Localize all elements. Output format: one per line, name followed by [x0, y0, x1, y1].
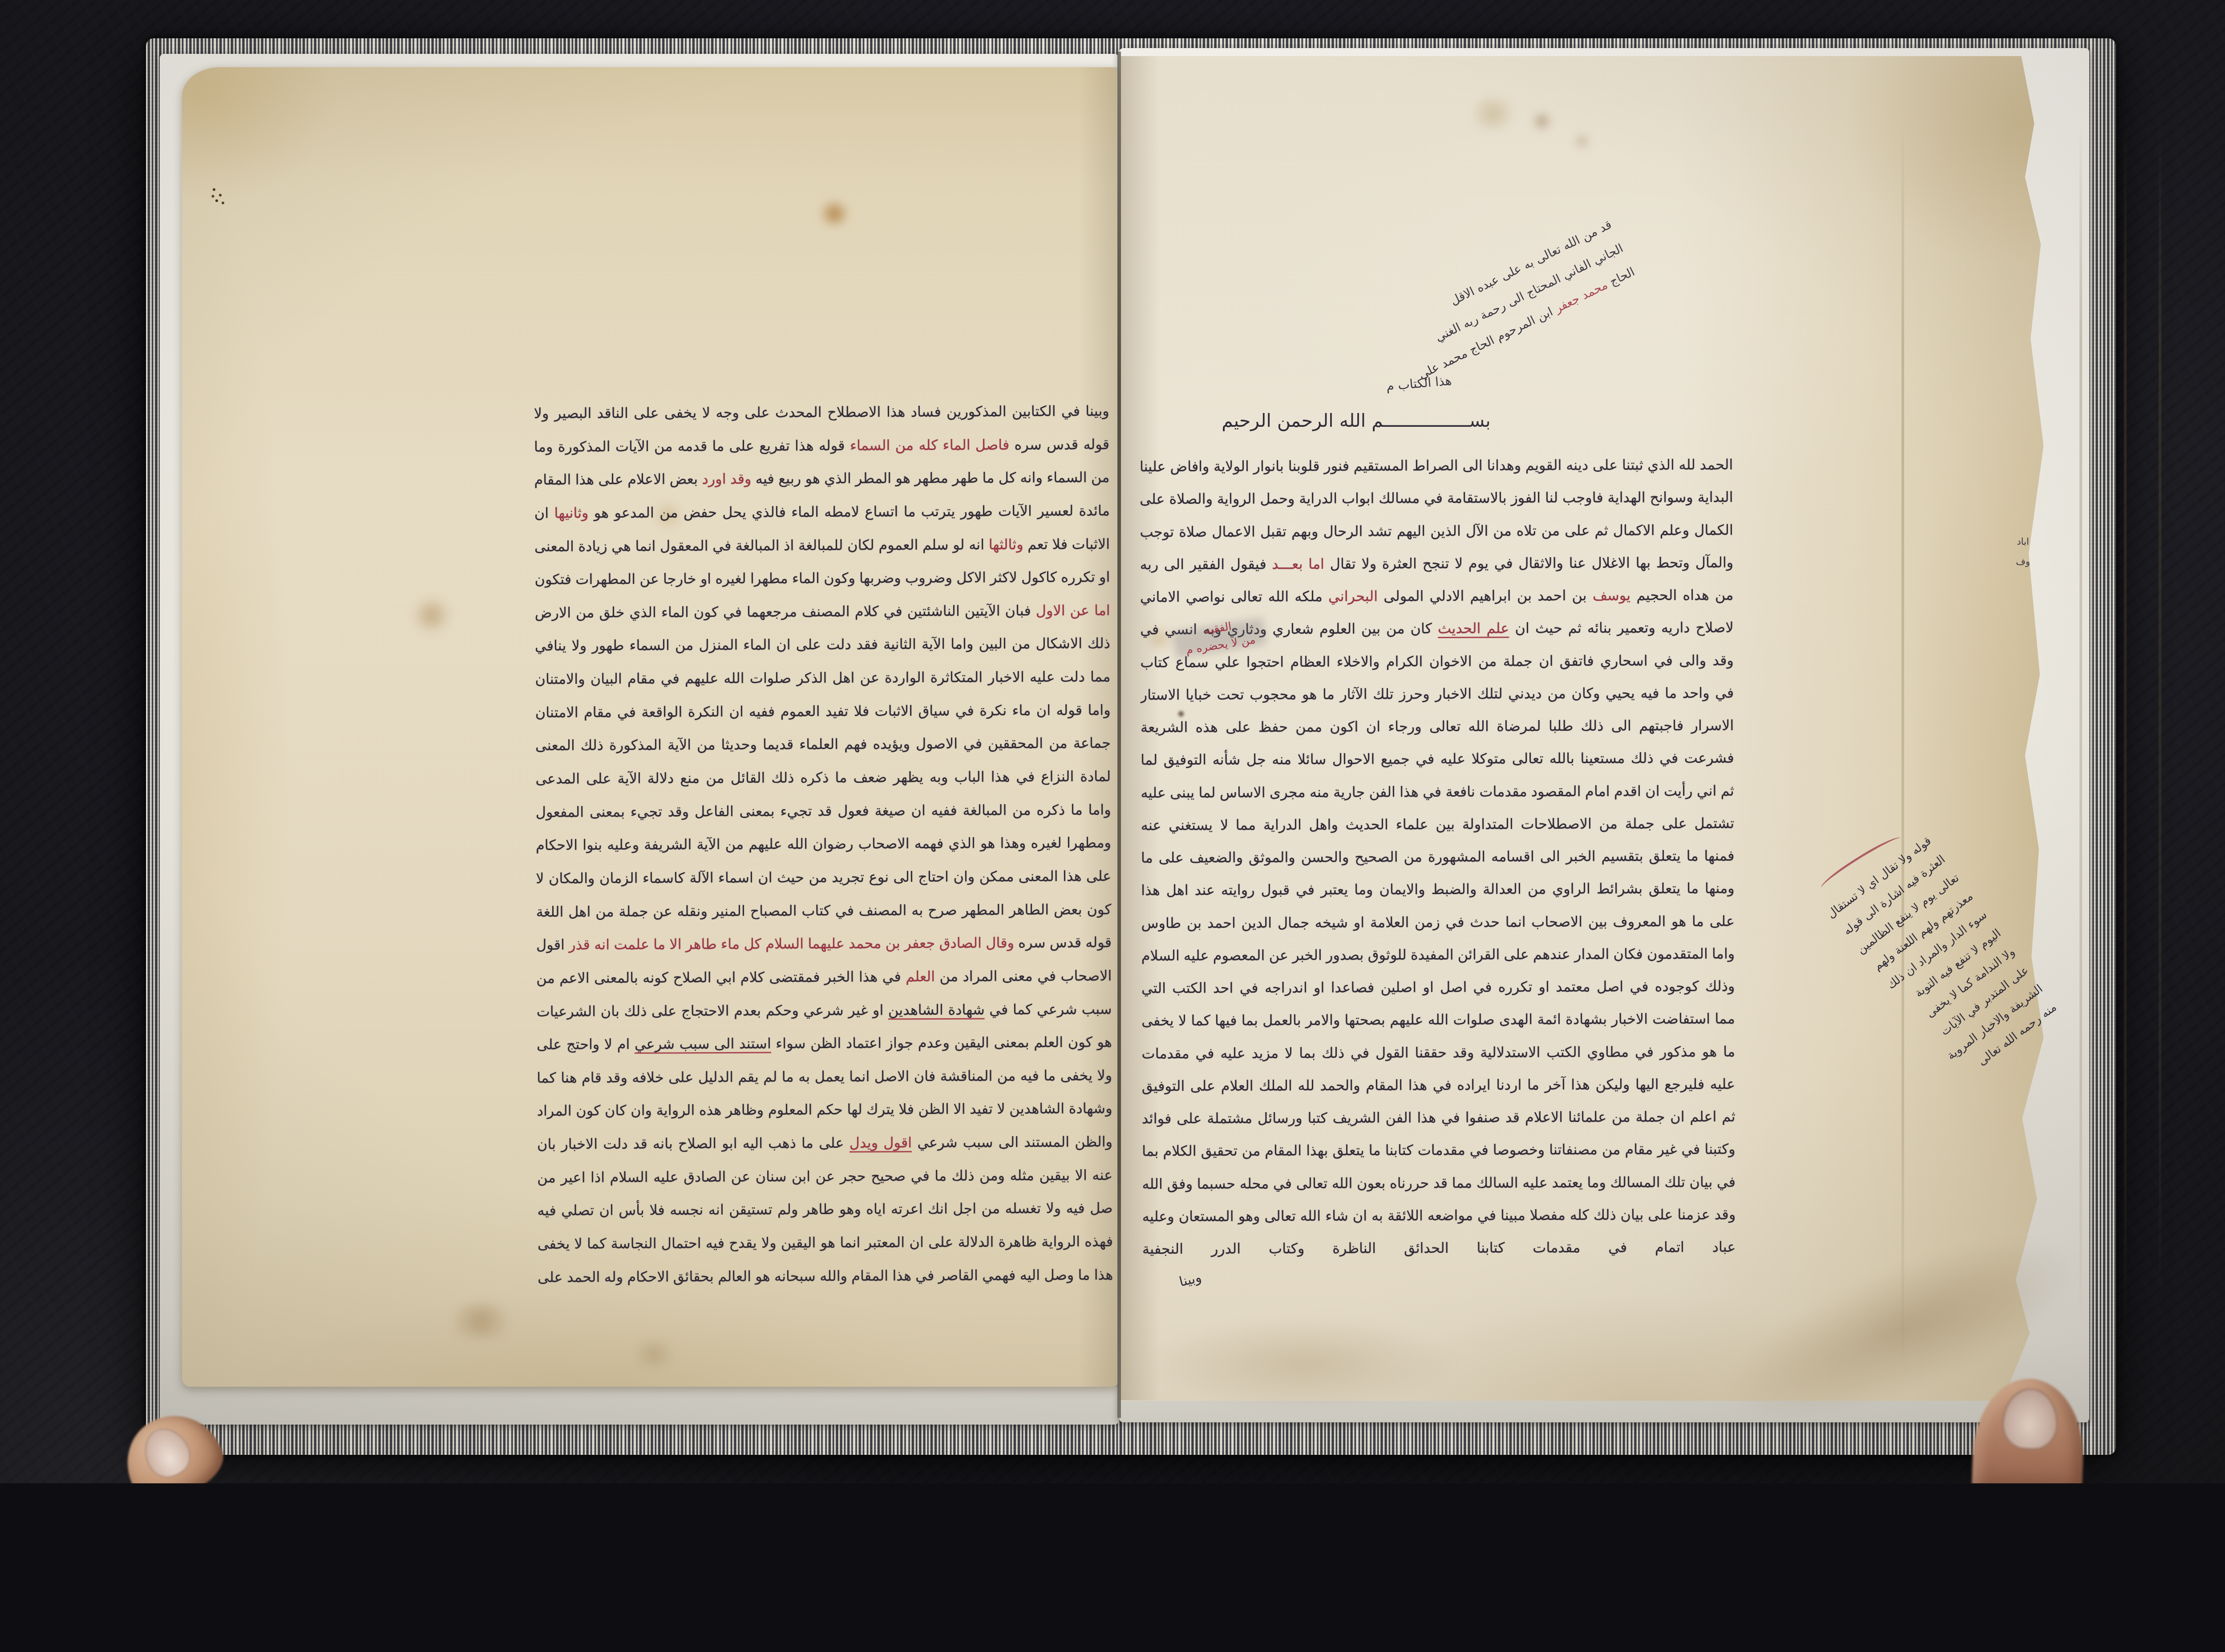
text-line: عليه فليرجع اليها وليكن هذا آخر ما اردنا… — [1141, 1068, 1735, 1102]
text-segment: قوله قدس سره — [1014, 436, 1109, 453]
text-line: ومطهرا لغيره وهذا هو الذي فهمه الاصحاب ر… — [535, 826, 1111, 862]
text-line: فشرعت في ذلك مستعينا بالله تعالى متوكلا … — [1141, 742, 1734, 777]
rubric-segment: وثانيها — [554, 504, 588, 521]
text-segment: انه لو سلم العموم لكان للمبالغة اذ المبا… — [534, 536, 1109, 563]
text-segment: الاصحاب في معنى المراد من — [939, 967, 1112, 985]
text-line: والظن المستند الى سبب شرعي اقول ويدل على… — [537, 1125, 1112, 1161]
rubric-segment: فاصل الماء كله من السماء — [850, 436, 1009, 454]
text-segment: ما هو مذكور في مطاوي الكتب الاستدلالية و… — [1141, 1043, 1735, 1070]
text-line: وقد عزمنا على بيان ذلك كله مفصلا مبينا ف… — [1142, 1198, 1735, 1233]
rubric-segment: اما عن الاول — [1036, 602, 1110, 619]
text-line: لمادة النزاع في هذا الباب وبه يظهر ضعف م… — [535, 760, 1111, 795]
text-line: تشتمل على جملة من الاصطلاحات المتداولة ب… — [1141, 807, 1734, 842]
text-line: على هذا المعنى ممكن وان احتاج الى نوع تج… — [536, 859, 1111, 895]
text-segment: مما دلت عليه الاخبار المتكاثرة الواردة ع… — [535, 668, 1110, 696]
text-segment: من السماء وانه كل ما طهر مطهر هو المطر ا… — [755, 469, 1109, 487]
rubric-segment: اقول ويدل — [849, 1134, 912, 1153]
text-segment: لاصلاح داريه وتعمير بنائه ثم حيث ان — [1515, 619, 1733, 637]
text-line: على ما هو المعروف بين الاصحاب انما حدث ف… — [1141, 905, 1735, 939]
text-line: في بيان تلك المسالك وما يعتمد عليه السال… — [1142, 1166, 1735, 1200]
text-segment: والمآل وتحط بها الاغلال عنا والاثقال في … — [1330, 554, 1733, 572]
text-line: او تكرره كاكول لاكثر الاكل وضروب وضربها … — [534, 560, 1110, 596]
text-line: وكتبنا في غير مقام من مصنفاتنا وخصوصا في… — [1142, 1133, 1735, 1168]
text-line: واما المتقدمون فكان المدار عندهم على الق… — [1141, 937, 1735, 972]
text-line: قوله قدس سره فاصل الماء كله من السماء قو… — [534, 428, 1109, 463]
text-line: والمآل وتحط بها الاغلال عنا والاثقال في … — [1140, 546, 1733, 581]
text-segment: عنه الا بيقين مثله ومن ذلك ما في صحيح حج… — [537, 1166, 1112, 1194]
text-line: عباد اتمام في مقدمات كتابنا الحدائق النا… — [1142, 1231, 1735, 1266]
edge-mark: اباد — [2016, 532, 2030, 552]
text-segment: والظن المستند الى سبب شرعي — [917, 1133, 1112, 1151]
edge-ink-marks: اباد وف — [2016, 532, 2030, 572]
text-line: صل فيه ولا تغسله من اجل انك اعرته اياه و… — [537, 1192, 1112, 1227]
text-line: وبينا في الكتابين المذكورين فساد هذا الا… — [534, 394, 1109, 430]
text-line: في واحد ما فيه يحيي وكان من ديدني لتلك ا… — [1140, 676, 1734, 711]
rubric-segment: يوسف — [1592, 587, 1630, 603]
text-segment: فبان الآيتين الناشئتين في كلام المصنف مر… — [534, 602, 1110, 630]
text-line: الحمد لله الذي ثبتنا على دينه القويم وهد… — [1139, 449, 1733, 483]
text-segment: واما قوله ان ماء نكرة في سياق الاثبات فل… — [535, 701, 1110, 729]
text-line: ولا يخفى ما فيه من المناقشة فان الاصل ان… — [537, 1059, 1112, 1094]
text-line: مما دلت عليه الاخبار المتكاثرة الواردة ع… — [535, 660, 1110, 696]
text-segment: واما ما ذكره من المبالغة ففيه ان صيغة فع… — [535, 801, 1111, 829]
text-segment: سبب شرعي كما في — [989, 1000, 1112, 1018]
text-segment: كون بعض الطاهر المطهر صرح به المصنف في ك… — [536, 901, 1111, 928]
right-page-text-block: الحمد لله الذي ثبتنا على دينه القويم وهد… — [1139, 449, 1735, 1270]
text-segment: مما استفاضت الاخبار بشهادة ائمة الهدى صل… — [1141, 1010, 1735, 1037]
text-line: اما عن الاول فبان الآيتين الناشئتين في ك… — [534, 594, 1110, 629]
text-line: فهذه الرواية ظاهرة الدلالة على ان المعتب… — [537, 1225, 1112, 1260]
text-segment: ومطهرا لغيره وهذا هو الذي فهمه الاصحاب ر… — [535, 834, 1111, 862]
text-segment: وكتبنا في غير مقام من مصنفاتنا وخصوصا في… — [1142, 1141, 1735, 1168]
text-segment: على هذا المعنى ممكن وان احتاج الى نوع تج… — [536, 867, 1111, 895]
manuscript-photo: وبينا في الكتابين المذكورين فساد هذا الا… — [0, 0, 2225, 1483]
text-segment: ذلك الاشكال من البين واما الآية الثانية … — [534, 635, 1110, 663]
text-line: ذلك الاشكال من البين واما الآية الثانية … — [534, 627, 1110, 663]
text-segment: البداية وسوانح الهداية فاوجب لنا الفوز ب… — [1140, 489, 1733, 516]
text-segment: وذلك كوجوده في اصل معتمد او تكرره في اصل… — [1141, 978, 1735, 1005]
text-line: مما استفاضت الاخبار بشهادة ائمة الهدى صل… — [1141, 1003, 1735, 1037]
text-segment: عباد اتمام في مقدمات كتابنا الحدائق النا… — [1142, 1239, 1735, 1258]
text-line: ما هو مذكور في مطاوي الكتب الاستدلالية و… — [1141, 1035, 1735, 1070]
text-segment: وبينا في الكتابين المذكورين فساد هذا الا… — [534, 402, 1109, 430]
text-line: هذا ما وصل اليه فهمي القاصر في هذا المقا… — [538, 1258, 1113, 1294]
text-segment: وقد عزمنا على بيان ذلك كله مفصلا مبينا ف… — [1142, 1206, 1735, 1233]
text-segment: مائدة لعسير الآيات طهور يترتب ما اتساع ل… — [594, 502, 1109, 521]
text-segment: الحمد لله الذي ثبتنا على دينه القويم وهد… — [1139, 456, 1733, 483]
rubric-segment: العلم — [906, 968, 935, 985]
text-segment: وقد والى في اسحاري فاتفق ان جملة من الاخ… — [1140, 652, 1734, 671]
text-line: الكمال وعلم الاكمال ثم على من تلاه من ال… — [1140, 514, 1733, 548]
text-segment: الاثبات فلا تعم — [1028, 535, 1110, 553]
text-line: عنه الا بيقين مثله ومن ذلك ما في صحيح حج… — [537, 1158, 1112, 1194]
text-segment: من هداه الحجيم — [1636, 587, 1733, 604]
text-segment: عليه فليرجع اليها وليكن هذا آخر ما اردنا… — [1141, 1075, 1735, 1102]
text-segment: جماعة من المحققين في الاصول ويؤيده فهم ا… — [535, 735, 1110, 762]
text-segment: شهادة الشاهدين — [888, 1001, 984, 1020]
rubric-segment: البحراني — [1328, 587, 1377, 604]
text-segment: هذا ما وصل اليه فهمي القاصر في هذا المقا… — [538, 1266, 1113, 1294]
text-line: الاسرار فاجبتهم الى ذلك طلبا لمرضاة الله… — [1140, 709, 1734, 744]
text-segment: ثم اني رأيت ان اقدم امام المقصود مقدمات … — [1141, 782, 1734, 809]
text-segment: ثم اعلم ان جملة من علمائنا الاعلام قد صن… — [1141, 1108, 1735, 1135]
text-segment: او تكرره كاكول لاكثر الاكل وضروب وضربها … — [534, 568, 1110, 596]
text-segment: ومنها ما يتعلق بشرائط الراوي من العدالة … — [1141, 880, 1735, 907]
text-segment: هو كون العلم بمعنى اليقين وعدم جواز اعتم… — [776, 1033, 1112, 1052]
text-segment: لمادة النزاع في هذا الباب وبه يظهر ضعف م… — [535, 768, 1111, 795]
text-line: واما ما ذكره من المبالغة ففيه ان صيغة فع… — [535, 793, 1111, 829]
text-segment: الاسرار فاجبتهم الى ذلك طلبا لمرضاة الله… — [1140, 717, 1734, 744]
text-line: ثم اني رأيت ان اقدم امام المقصود مقدمات … — [1141, 774, 1734, 809]
text-line: الاصحاب في معنى المراد من العلم في هذا ا… — [536, 959, 1112, 995]
text-segment: الكمال وعلم الاكمال ثم على من تلاه من ال… — [1140, 521, 1733, 548]
text-segment: واما المتقدمون فكان المدار عندهم على الق… — [1141, 945, 1735, 972]
text-segment: فمنها ما يتعلق بتقسيم الخبر الى اقسامه ا… — [1141, 847, 1734, 875]
text-segment: تشتمل على جملة من الاصطلاحات المتداولة ب… — [1141, 814, 1734, 842]
text-line: كون بعض الطاهر المطهر صرح به المصنف في ك… — [536, 893, 1111, 928]
rubric-segment: وثالثها — [988, 536, 1023, 553]
text-segment: في واحد ما فيه يحيي وكان من ديدني لتلك ا… — [1140, 684, 1734, 711]
rubric-segment: علم الحديث — [1437, 620, 1509, 639]
rubric-segment: وقال الصادق جعفر بن محمد عليهما السلام ك… — [569, 934, 1014, 953]
text-segment: على ما هو المعروف بين الاصحاب انما حدث ف… — [1141, 912, 1735, 939]
text-line: ثم اعلم ان جملة من علمائنا الاعلام قد صن… — [1141, 1101, 1735, 1135]
text-line: من السماء وانه كل ما طهر مطهر هو المطر ا… — [534, 461, 1109, 496]
text-segment: بن احمد بن ابراهيم الادلي المولى — [1384, 587, 1587, 605]
text-segment: الحاج — [1607, 265, 1637, 289]
text-segment: في بيان تلك المسالك وما يعتمد عليه السال… — [1142, 1173, 1735, 1200]
text-segment: استند الى سبب شرعي — [634, 1035, 771, 1054]
text-segment: فهذه الرواية ظاهرة الدلالة على ان المعتب… — [537, 1233, 1112, 1260]
foxing-specks — [213, 188, 216, 191]
gutter-seam — [1117, 52, 1121, 1418]
text-line: سبب شرعي كما في شهادة الشاهدين او غير شر… — [536, 992, 1112, 1028]
text-line: مائدة لعسير الآيات طهور يترتب ما اتساع ل… — [534, 494, 1109, 530]
open-manuscript-book — [146, 38, 2116, 1455]
text-segment: وشهادة الشاهدين لا تفيد الا الظن فلا يتر… — [537, 1100, 1112, 1128]
text-line: هو كون العلم بمعنى اليقين وعدم جواز اعتم… — [536, 1025, 1112, 1061]
text-line: وشهادة الشاهدين لا تفيد الا الظن فلا يتر… — [537, 1092, 1112, 1128]
left-page-text-block: وبينا في الكتابين المذكورين فساد هذا الا… — [534, 394, 1113, 1298]
text-line: الاثبات فلا تعم وثالثها انه لو سلم العمو… — [534, 527, 1109, 563]
text-line: قوله قدس سره وقال الصادق جعفر بن محمد عل… — [536, 926, 1111, 961]
text-segment: فشرعت في ذلك مستعينا بالله تعالى متوكلا … — [1141, 749, 1734, 777]
text-line: جماعة من المحققين في الاصول ويؤيده فهم ا… — [535, 727, 1110, 762]
rubric-segment: اما بعـــد — [1272, 555, 1324, 572]
text-line: من هداه الحجيم يوسف بن احمد بن ابراهيم ا… — [1140, 579, 1733, 614]
text-line: واما قوله ان ماء نكرة في سياق الاثبات فل… — [535, 693, 1110, 729]
text-line: البداية وسوانح الهداية فاوجب لنا الفوز ب… — [1140, 481, 1733, 516]
text-line: وذلك كوجوده في اصل معتمد او تكرره في اصل… — [1141, 970, 1735, 1005]
text-segment: ولا يخفى ما فيه من المناقشة فان الاصل ان… — [537, 1067, 1112, 1094]
text-line: ومنها ما يتعلق بشرائط الراوي من العدالة … — [1141, 872, 1735, 907]
text-segment: قوله قدس سره — [1018, 934, 1112, 951]
edge-mark: وف — [2016, 552, 2030, 572]
rubric-segment: وقد اورد — [702, 470, 751, 487]
text-line: فمنها ما يتعلق بتقسيم الخبر الى اقسامه ا… — [1141, 840, 1734, 875]
text-segment: صل فيه ولا تغسله من اجل انك اعرته اياه و… — [537, 1200, 1112, 1227]
